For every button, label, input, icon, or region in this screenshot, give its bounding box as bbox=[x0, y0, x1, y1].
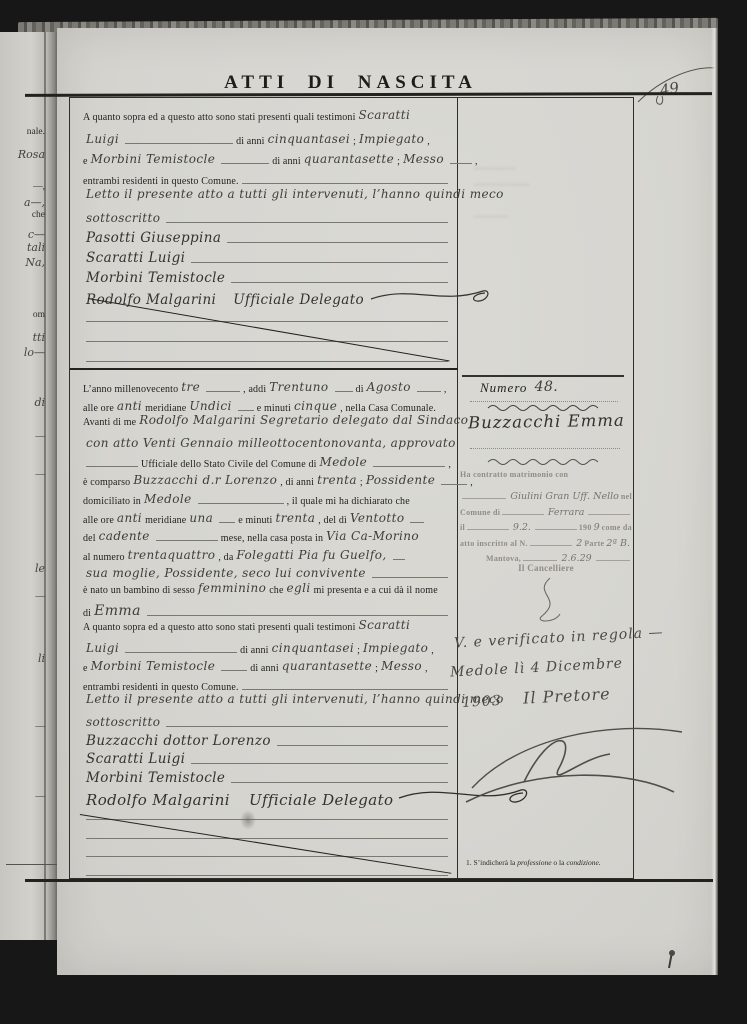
signature-line: Rodolfo Malgarini Ufficiale Delegato bbox=[83, 287, 451, 307]
blank-rule bbox=[335, 377, 353, 392]
stamp-line: Mantova, 2.6.29 bbox=[460, 548, 632, 564]
handwritten-text: quarantasette bbox=[304, 152, 394, 166]
handwritten-text: Possidente bbox=[366, 473, 435, 487]
form-line: e Morbini Temistocle di anni quarantaset… bbox=[83, 149, 451, 169]
handwritten-text: Morbini Temistocle bbox=[91, 659, 216, 673]
blank-rule bbox=[221, 149, 269, 164]
footnote-text: 1. S’indicherà la bbox=[466, 858, 517, 867]
register-photo: nale. Rosa —, a—, che c— tali Na, om tti… bbox=[0, 0, 747, 1024]
stamp-line: il 9.2. 190 9 come da bbox=[460, 517, 632, 533]
printed-text: ; bbox=[375, 663, 378, 674]
signature-official: Rodolfo Malgarini bbox=[86, 791, 230, 809]
signature-morbini-temistocle: Morbini Temistocle bbox=[86, 770, 225, 786]
page-edge-text-fragment: — bbox=[36, 722, 46, 732]
page-edge-text-fragment: li bbox=[38, 652, 45, 665]
handwritten-text: Letto il presente atto a tutti gli inter… bbox=[86, 187, 504, 201]
form-footnote: 1. S’indicherà la professione o la condi… bbox=[466, 858, 628, 867]
signature-line: Morbini Temistocle bbox=[83, 767, 451, 786]
page-edge-text-fragment: — bbox=[36, 792, 46, 802]
folio-number: 49 bbox=[659, 78, 681, 99]
squiggle-divider bbox=[488, 458, 608, 466]
handwritten-text: Luigi bbox=[86, 641, 119, 655]
printed-text: , di anni bbox=[280, 477, 314, 488]
dotted-rule bbox=[470, 448, 620, 449]
printed-text: , da bbox=[218, 552, 233, 563]
printed-text: ; bbox=[357, 645, 360, 656]
printed-text: , del dì bbox=[318, 515, 347, 526]
form-line: è comparso Buzzacchi d.r Lorenzo , di an… bbox=[83, 470, 451, 489]
handwritten-text: Impiegato bbox=[359, 132, 424, 146]
signature-line: Scaratti Luigi bbox=[83, 248, 451, 268]
handwritten-text: Messo bbox=[403, 152, 444, 166]
blank-rule bbox=[191, 749, 448, 764]
form-line: domiciliato in Medole , il quale mi ha d… bbox=[83, 489, 451, 508]
printed-text: è comparso bbox=[83, 477, 130, 488]
signature-line: Rodolfo Malgarini Ufficiale Delegato bbox=[83, 786, 451, 805]
previous-page-edge: nale. Rosa —, a—, che c— tali Na, om tti… bbox=[0, 32, 57, 940]
printed-text: e minuti bbox=[238, 515, 272, 526]
blank-rule bbox=[86, 307, 448, 322]
printed-text: meridiane bbox=[145, 515, 186, 526]
form-line: L’anno millenovecento tre , addì Trentun… bbox=[83, 377, 451, 396]
handwritten-text: Trentuno bbox=[269, 380, 328, 394]
stamp-text: Mantova, bbox=[486, 554, 521, 563]
handwritten-text: Scaratti bbox=[359, 618, 411, 632]
page-edge-text-fragment: di bbox=[34, 396, 45, 409]
printed-text: di anni bbox=[236, 136, 265, 147]
page-edge-text-fragment: c— bbox=[28, 228, 45, 241]
page-edge-text-fragment: Rosa bbox=[18, 148, 45, 161]
printed-text: entrambi residenti in questo Comune. bbox=[83, 176, 239, 187]
blank-rule bbox=[410, 507, 424, 522]
page-edge-text-fragment: — bbox=[36, 592, 46, 602]
handwritten-text: cadente bbox=[99, 529, 150, 543]
page-edge-text-fragment: om bbox=[33, 310, 45, 320]
printed-text: di bbox=[356, 384, 364, 395]
blank-rule bbox=[277, 730, 448, 745]
handwritten-text: Impiegato bbox=[363, 641, 428, 655]
cancelliere-signature bbox=[520, 576, 580, 626]
form-line: al numero trentaquattro , da Folegatti P… bbox=[83, 544, 451, 563]
blank-rule bbox=[231, 767, 448, 782]
form-line: alle ore anti meridiane una e minuti tre… bbox=[83, 507, 451, 526]
blank-rule bbox=[125, 637, 237, 652]
blank-rule bbox=[166, 712, 448, 727]
printed-text: Avanti di me bbox=[83, 417, 136, 428]
page-edge-text-fragment: tali bbox=[27, 241, 45, 254]
form-line: Luigi di anni cinquantasei ; Impiegato , bbox=[83, 129, 451, 149]
stamp-blank bbox=[535, 517, 577, 531]
handwritten-text: Medole bbox=[144, 492, 192, 506]
blank-rule bbox=[166, 208, 448, 223]
handwritten-text: con atto Venti Gennaio milleottocentonov… bbox=[86, 436, 456, 450]
printed-text: di anni bbox=[250, 663, 279, 674]
blank-rule bbox=[219, 507, 235, 522]
handwritten-text: cinque bbox=[294, 399, 337, 413]
stamp-text: il bbox=[460, 523, 465, 532]
stamp-line: atto inscritto al N. 2 Parte 2ª B. bbox=[460, 532, 632, 548]
printed-text: ; bbox=[397, 156, 400, 167]
printed-text: , addì bbox=[243, 384, 266, 395]
form-line: è nato un bambino di sesso femminino che… bbox=[83, 582, 451, 601]
handwritten-text: Agosto bbox=[367, 380, 411, 394]
act-48-section: L’anno millenovecento tre , addì Trentun… bbox=[70, 371, 457, 878]
signature-line: Buzzacchi dottor Lorenzo bbox=[83, 730, 451, 749]
handwritten-text: Undici bbox=[189, 399, 231, 413]
folio-number-mark: 49 bbox=[632, 58, 718, 114]
page-edge-text-fragment: nale. bbox=[27, 127, 45, 137]
handwritten-text: Ventotto bbox=[350, 511, 405, 525]
signature-official-title: Ufficiale Delegato bbox=[233, 292, 364, 308]
footnote-italic: professione bbox=[517, 858, 551, 867]
page-title: ATTI DI NASCITA bbox=[69, 72, 632, 94]
blank-rule bbox=[373, 451, 445, 466]
stamp-line: Comune di Ferrara bbox=[460, 501, 632, 517]
show-through-ghost-text: ▁▁▁▁▁▁▁▁▁▁▁▁▁▁▁▁▁▁▁ bbox=[474, 156, 614, 220]
blank-rule bbox=[156, 526, 218, 541]
pretore-note-line2: Medole lì 4 Dicembre bbox=[450, 655, 624, 680]
cancelliere-label: Il Cancelliere bbox=[518, 563, 574, 573]
numero-label: Numero bbox=[480, 380, 527, 395]
pretore-signature bbox=[458, 704, 688, 804]
form-line: Letto il presente atto a tutti gli inter… bbox=[83, 188, 451, 208]
blank-rule bbox=[231, 267, 448, 282]
handwritten-text: anti bbox=[117, 399, 142, 413]
blank-rule bbox=[86, 823, 448, 838]
handwritten-text: Messo bbox=[381, 659, 422, 673]
printed-text: alle ore bbox=[83, 403, 114, 414]
handwritten-text: sua moglie, Possidente, seco lui convive… bbox=[86, 566, 366, 580]
form-line: entrambi residenti in questo Comune. bbox=[83, 675, 451, 694]
bottom-edge-ink-mark bbox=[664, 950, 680, 972]
handwritten-text: trenta bbox=[317, 473, 357, 487]
blank-rule bbox=[198, 489, 284, 504]
handwritten-text: Via Ca-Morino bbox=[326, 529, 419, 543]
empty-ruled-line bbox=[83, 823, 451, 842]
form-line: sottoscritto bbox=[83, 712, 451, 731]
printed-text: Ufficiale dello Stato Civile del Comune … bbox=[141, 459, 317, 470]
stamp-text: 190 bbox=[579, 523, 592, 532]
stamp-blank bbox=[502, 501, 544, 515]
page-edge-text-fragment: le bbox=[35, 562, 45, 575]
handwritten-text: femminino bbox=[198, 581, 266, 595]
form-line: Luigi di anni cinquantasei ; Impiegato , bbox=[83, 637, 451, 656]
printed-text: , bbox=[431, 645, 434, 656]
form-line: e Morbini Temistocle di anni quarantaset… bbox=[83, 656, 451, 675]
handwritten-text: Buzzacchi d.r Lorenzo bbox=[133, 473, 277, 487]
signature-scaratti-luigi: Scaratti Luigi bbox=[86, 250, 185, 266]
stamp-blank bbox=[523, 548, 557, 562]
blank-rule bbox=[147, 600, 448, 615]
form-line: alle ore anti meridiane Undici e minuti … bbox=[83, 396, 451, 415]
handwritten-text: egli bbox=[287, 581, 311, 595]
signature-buzzacchi-lorenzo: Buzzacchi dottor Lorenzo bbox=[86, 733, 271, 749]
act-form-frame: A quanto sopra ed a questo atto sono sta… bbox=[69, 97, 634, 879]
printed-text: , bbox=[448, 459, 451, 470]
stamp-blank bbox=[467, 517, 509, 531]
stamp-handwritten: 9 bbox=[594, 522, 600, 533]
printed-text: di anni bbox=[272, 156, 301, 167]
signature-morbini-temistocle: Morbini Temistocle bbox=[86, 270, 225, 286]
page-edge-text-fragment: a—, bbox=[24, 196, 45, 209]
stamp-text: atto inscritto al N. bbox=[460, 539, 528, 548]
stamp-text: Ha contratto matrimonio con bbox=[460, 470, 568, 479]
empty-ruled-line bbox=[83, 307, 451, 327]
signature-line: Scaratti Luigi bbox=[83, 749, 451, 768]
printed-text: , bbox=[425, 663, 428, 674]
handwritten-text: Rodolfo Malgarini Segretario delegato da… bbox=[139, 413, 468, 427]
printed-text: di bbox=[83, 608, 91, 619]
handwritten-text: anti bbox=[117, 511, 142, 525]
form-line: Avanti di me Rodolfo Malgarini Segretari… bbox=[83, 414, 451, 433]
handwritten-text: Scaratti bbox=[359, 108, 411, 122]
page-edge-text-fragment: —, bbox=[33, 182, 45, 192]
handwritten-text: sottoscritto bbox=[86, 715, 160, 729]
stamp-text: Comune di bbox=[460, 508, 500, 517]
blank-rule bbox=[238, 396, 254, 411]
page-edge-text-fragment: che bbox=[32, 210, 45, 220]
empty-ruled-line bbox=[83, 347, 451, 367]
form-line: sottoscritto bbox=[83, 208, 451, 228]
printed-text: alle ore bbox=[83, 515, 114, 526]
form-line: entrambi residenti in questo Comune. bbox=[83, 168, 451, 188]
handwritten-text: sottoscritto bbox=[86, 211, 160, 225]
page-edge-text-fragment: lo— bbox=[24, 346, 45, 359]
page-edge-text-fragment: — bbox=[36, 470, 46, 480]
footnote-italic: condizione. bbox=[566, 858, 600, 867]
handwritten-text: Medole bbox=[320, 455, 368, 469]
stamp-blank bbox=[530, 532, 572, 546]
footnote-text: o la bbox=[552, 858, 567, 867]
signature-line: Pasotti Giuseppina bbox=[83, 228, 451, 248]
signature-line: Morbini Temistocle bbox=[83, 267, 451, 287]
blank-rule bbox=[191, 248, 448, 263]
margin-column: ▁▁▁▁▁▁▁▁▁▁▁▁▁▁▁▁▁▁▁ Numero 48. Buzzacchi… bbox=[458, 98, 633, 878]
form-line: del cadente mese, nella casa posta in Vi… bbox=[83, 526, 451, 545]
blank-rule bbox=[417, 377, 441, 392]
blank-rule bbox=[86, 347, 448, 362]
handwritten-text: Folegatti Pia fu Guelfo, bbox=[236, 548, 386, 562]
form-line: di Emma bbox=[83, 600, 451, 619]
marriage-annotation-stamp: Ha contratto matrimonio con Giulini Gran… bbox=[460, 470, 632, 579]
act-number: Numero 48. bbox=[480, 380, 561, 396]
blank-rule bbox=[242, 675, 448, 690]
blank-rule bbox=[227, 228, 448, 243]
ink-blot bbox=[240, 810, 256, 830]
blank-rule bbox=[393, 544, 405, 559]
blank-rule bbox=[86, 451, 138, 466]
printed-text: L’anno millenovecento bbox=[83, 384, 178, 395]
stamp-line: Ha contratto matrimonio con bbox=[460, 470, 632, 486]
printed-text: domiciliato in bbox=[83, 496, 141, 507]
act-section-divider bbox=[70, 368, 458, 370]
handwritten-text: cinquantasei bbox=[268, 132, 350, 146]
blank-rule bbox=[206, 377, 240, 392]
printed-text: , bbox=[427, 136, 430, 147]
handwritten-text: tre bbox=[181, 380, 200, 394]
page-edge-text-fragment: — bbox=[36, 432, 46, 442]
form-line: sua moglie, Possidente, seco lui convive… bbox=[83, 563, 451, 582]
form-line: A quanto sopra ed a questo atto sono sta… bbox=[83, 619, 451, 638]
signature-official-title: Ufficiale Delegato bbox=[249, 791, 394, 809]
page-edge-text-fragment: tti bbox=[33, 331, 45, 344]
signature-scaratti-luigi: Scaratti Luigi bbox=[86, 751, 185, 767]
form-line: Ufficiale dello Stato Civile del Comune … bbox=[83, 451, 451, 470]
stamp-blank bbox=[596, 548, 630, 562]
printed-text: ; bbox=[360, 477, 363, 488]
blank-rule bbox=[125, 129, 233, 144]
handwritten-text: Luigi bbox=[86, 132, 119, 146]
dotted-rule bbox=[470, 401, 618, 402]
stamp-handwritten: 2 bbox=[576, 538, 582, 549]
printed-text: , il quale mi ha dichiarato che bbox=[287, 496, 410, 507]
printed-text: A quanto sopra ed a questo atto sono sta… bbox=[83, 112, 356, 123]
pretore-note-line1: V. e verificato in regola — bbox=[454, 625, 664, 652]
printed-text: , bbox=[444, 384, 447, 395]
stamp-handwritten: 9.2. bbox=[513, 522, 531, 533]
form-line: Letto il presente atto a tutti gli inter… bbox=[83, 693, 451, 712]
stamp-blank bbox=[462, 486, 506, 500]
handwritten-text: trenta bbox=[275, 511, 315, 525]
left-page-bottom-rule bbox=[6, 864, 57, 865]
printed-text: mi presenta e a cui dà il nome bbox=[314, 585, 438, 596]
blank-rule bbox=[372, 563, 448, 578]
handwritten-text: una bbox=[189, 511, 213, 525]
act-registrant-name: Buzzacchi Emma bbox=[468, 411, 625, 433]
handwritten-text: trentaquattro bbox=[128, 548, 216, 562]
printed-text: del bbox=[83, 533, 96, 544]
stamp-text: nel bbox=[621, 492, 632, 501]
printed-text: di anni bbox=[240, 645, 269, 656]
form-line: A quanto sopra ed a questo atto sono sta… bbox=[83, 109, 451, 129]
numero-value: 48. bbox=[535, 379, 558, 395]
printed-text: ; bbox=[353, 136, 356, 147]
signature-pasotti-giuseppina: Pasotti Giuseppina bbox=[86, 230, 221, 246]
printed-text: e bbox=[83, 663, 88, 674]
stamp-blank bbox=[588, 501, 630, 515]
handwritten-text: quarantasette bbox=[282, 659, 372, 673]
bottom-heavy-rule bbox=[25, 879, 713, 882]
page-edge-text-fragment: Na, bbox=[25, 256, 45, 269]
printed-text: e bbox=[83, 156, 88, 167]
stamp-line: Giulini Gran Uff. Nello nel bbox=[460, 486, 632, 502]
printed-text: è nato un bambino di sesso bbox=[83, 585, 195, 596]
handwritten-text: Morbini Temistocle bbox=[91, 152, 216, 166]
blank-rule bbox=[242, 168, 448, 183]
printed-text: A quanto sopra ed a questo atto sono sta… bbox=[83, 622, 356, 633]
handwritten-text: cinquantasei bbox=[272, 641, 354, 655]
handwritten-text: Letto il presente atto a tutti gli inter… bbox=[86, 692, 504, 706]
stamp-text: Parte bbox=[584, 539, 604, 548]
printed-text: che bbox=[269, 585, 283, 596]
stamp-text: come da bbox=[602, 523, 632, 532]
printed-text: al numero bbox=[83, 552, 125, 563]
blank-rule bbox=[221, 656, 247, 671]
handwritten-name-emma: Emma bbox=[94, 603, 141, 619]
printed-text: mese, nella casa posta in bbox=[221, 533, 323, 544]
form-line: con atto Venti Gennaio milleottocentonov… bbox=[83, 433, 451, 452]
